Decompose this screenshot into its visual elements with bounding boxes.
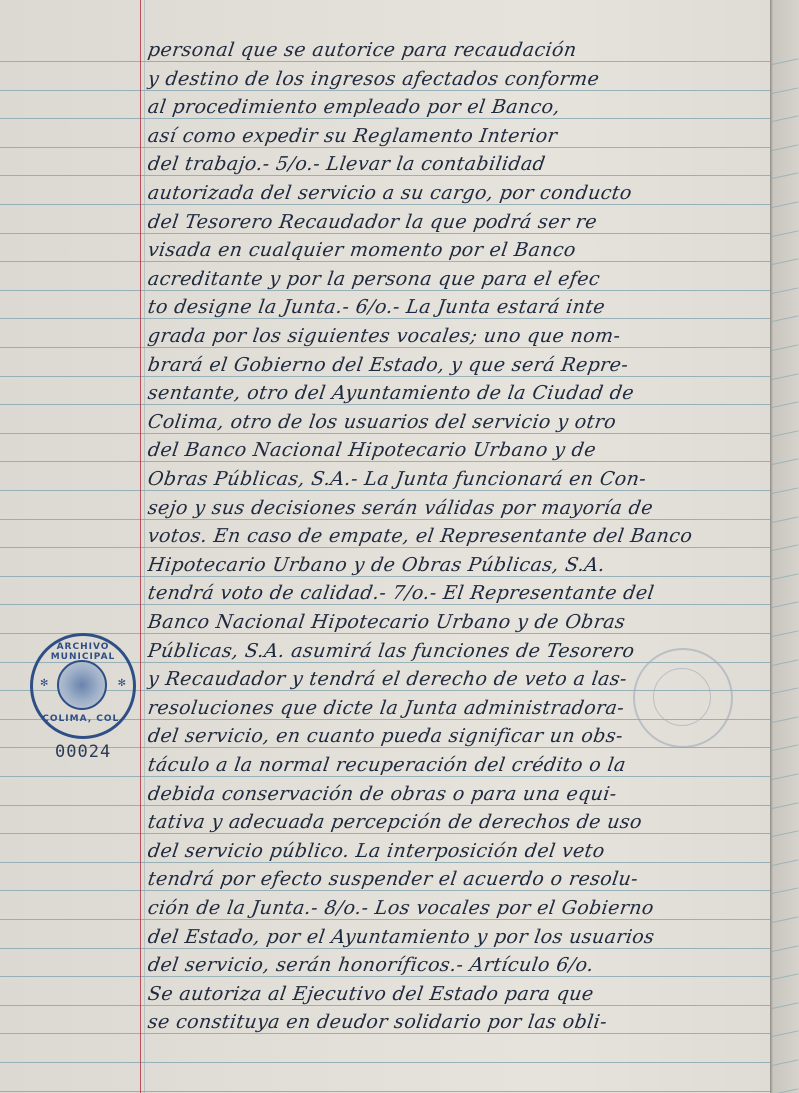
handwritten-line: Colima, otro de los usuarios del servici… <box>146 410 769 434</box>
handwritten-line: visada en cualquier momento por el Banco <box>146 238 769 262</box>
handwritten-line: Obras Públicas, S.A.- La Junta funcionar… <box>146 467 769 491</box>
handwritten-line: acreditante y por la persona que para el… <box>146 267 769 291</box>
handwritten-line: votos. En caso de empate, el Representan… <box>146 524 769 548</box>
handwritten-line: y destino de los ingresos afectados conf… <box>146 67 769 91</box>
handwritten-line: táculo a la normal recuperación del créd… <box>146 753 769 777</box>
handwritten-line: Banco Nacional Hipotecario Urbano y de O… <box>146 610 769 634</box>
handwritten-line: del trabajo.- 5/o.- Llevar la contabilid… <box>146 152 769 176</box>
ruled-line <box>0 1062 772 1063</box>
handwritten-line: al procedimiento empleado por el Banco, <box>146 95 769 119</box>
handwritten-line: tendrá por efecto suspender el acuerdo o… <box>146 867 769 891</box>
handwritten-line: ción de la Junta.- 8/o.- Los vocales por… <box>146 896 769 920</box>
stamp-star-icon: ✻ <box>118 678 126 689</box>
stamp-top-text: ARCHIVO MUNICIPAL <box>33 642 133 662</box>
red-margin-line <box>140 0 141 1093</box>
archivo-municipal-stamp: ARCHIVO MUNICIPAL ✻ ✻ COLIMA, COL. <box>30 633 136 739</box>
margin-guide-line <box>144 0 145 1093</box>
ruled-line <box>0 1091 772 1092</box>
handwritten-line: del Banco Nacional Hipotecario Urbano y … <box>146 438 769 462</box>
stamp-seal-emblem <box>57 660 107 710</box>
handwritten-line: personal que se autorice para recaudació… <box>146 38 769 62</box>
handwritten-line: del servicio, serán honoríficos.- Artícu… <box>146 953 769 977</box>
handwritten-line: brará el Gobierno del Estado, y que será… <box>146 353 769 377</box>
handwritten-line: debida conservación de obras o para una … <box>146 782 769 806</box>
handwritten-line: Públicas, S.A. asumirá las funciones de … <box>146 639 769 663</box>
handwritten-line: del Estado, por el Ayuntamiento y por lo… <box>146 925 769 949</box>
handwritten-line: sejo y sus decisiones serán válidas por … <box>146 496 769 520</box>
handwritten-line: Se autoriza al Ejecutivo del Estado para… <box>146 982 769 1006</box>
handwritten-line: grada por los siguientes vocales; uno qu… <box>146 324 769 348</box>
handwritten-line: tativa y adecuada percepción de derechos… <box>146 810 769 834</box>
handwritten-line: del servicio, en cuanto pueda significar… <box>146 724 769 748</box>
handwritten-line: del Tesorero Recaudador la que podrá ser… <box>146 210 769 234</box>
handwritten-line: Hipotecario Urbano y de Obras Públicas, … <box>146 553 769 577</box>
handwritten-line: se constituya en deudor solidario por la… <box>146 1010 769 1034</box>
stamp-star-icon: ✻ <box>40 678 48 689</box>
handwritten-line: to designe la Junta.- 6/o.- La Junta est… <box>146 295 769 319</box>
stamp-bottom-text: COLIMA, COL. <box>33 714 133 724</box>
handwritten-line: autorizada del servicio a su cargo, por … <box>146 181 769 205</box>
handwritten-line: sentante, otro del Ayuntamiento de la Ci… <box>146 381 769 405</box>
folio-number: 00024 <box>55 742 111 762</box>
ledger-page: ARCHIVO MUNICIPAL ✻ ✻ COLIMA, COL. 00024… <box>0 0 772 1093</box>
handwritten-line: así como expedir su Reglamento Interior <box>146 124 769 148</box>
handwritten-line: y Recaudador y tendrá el derecho de veto… <box>146 667 769 691</box>
handwritten-line: tendrá voto de calidad.- 7/o.- El Repres… <box>146 581 769 605</box>
handwritten-line: resoluciones que dicte la Junta administ… <box>146 696 769 720</box>
handwritten-line: del servicio público. La interposición d… <box>146 839 769 863</box>
